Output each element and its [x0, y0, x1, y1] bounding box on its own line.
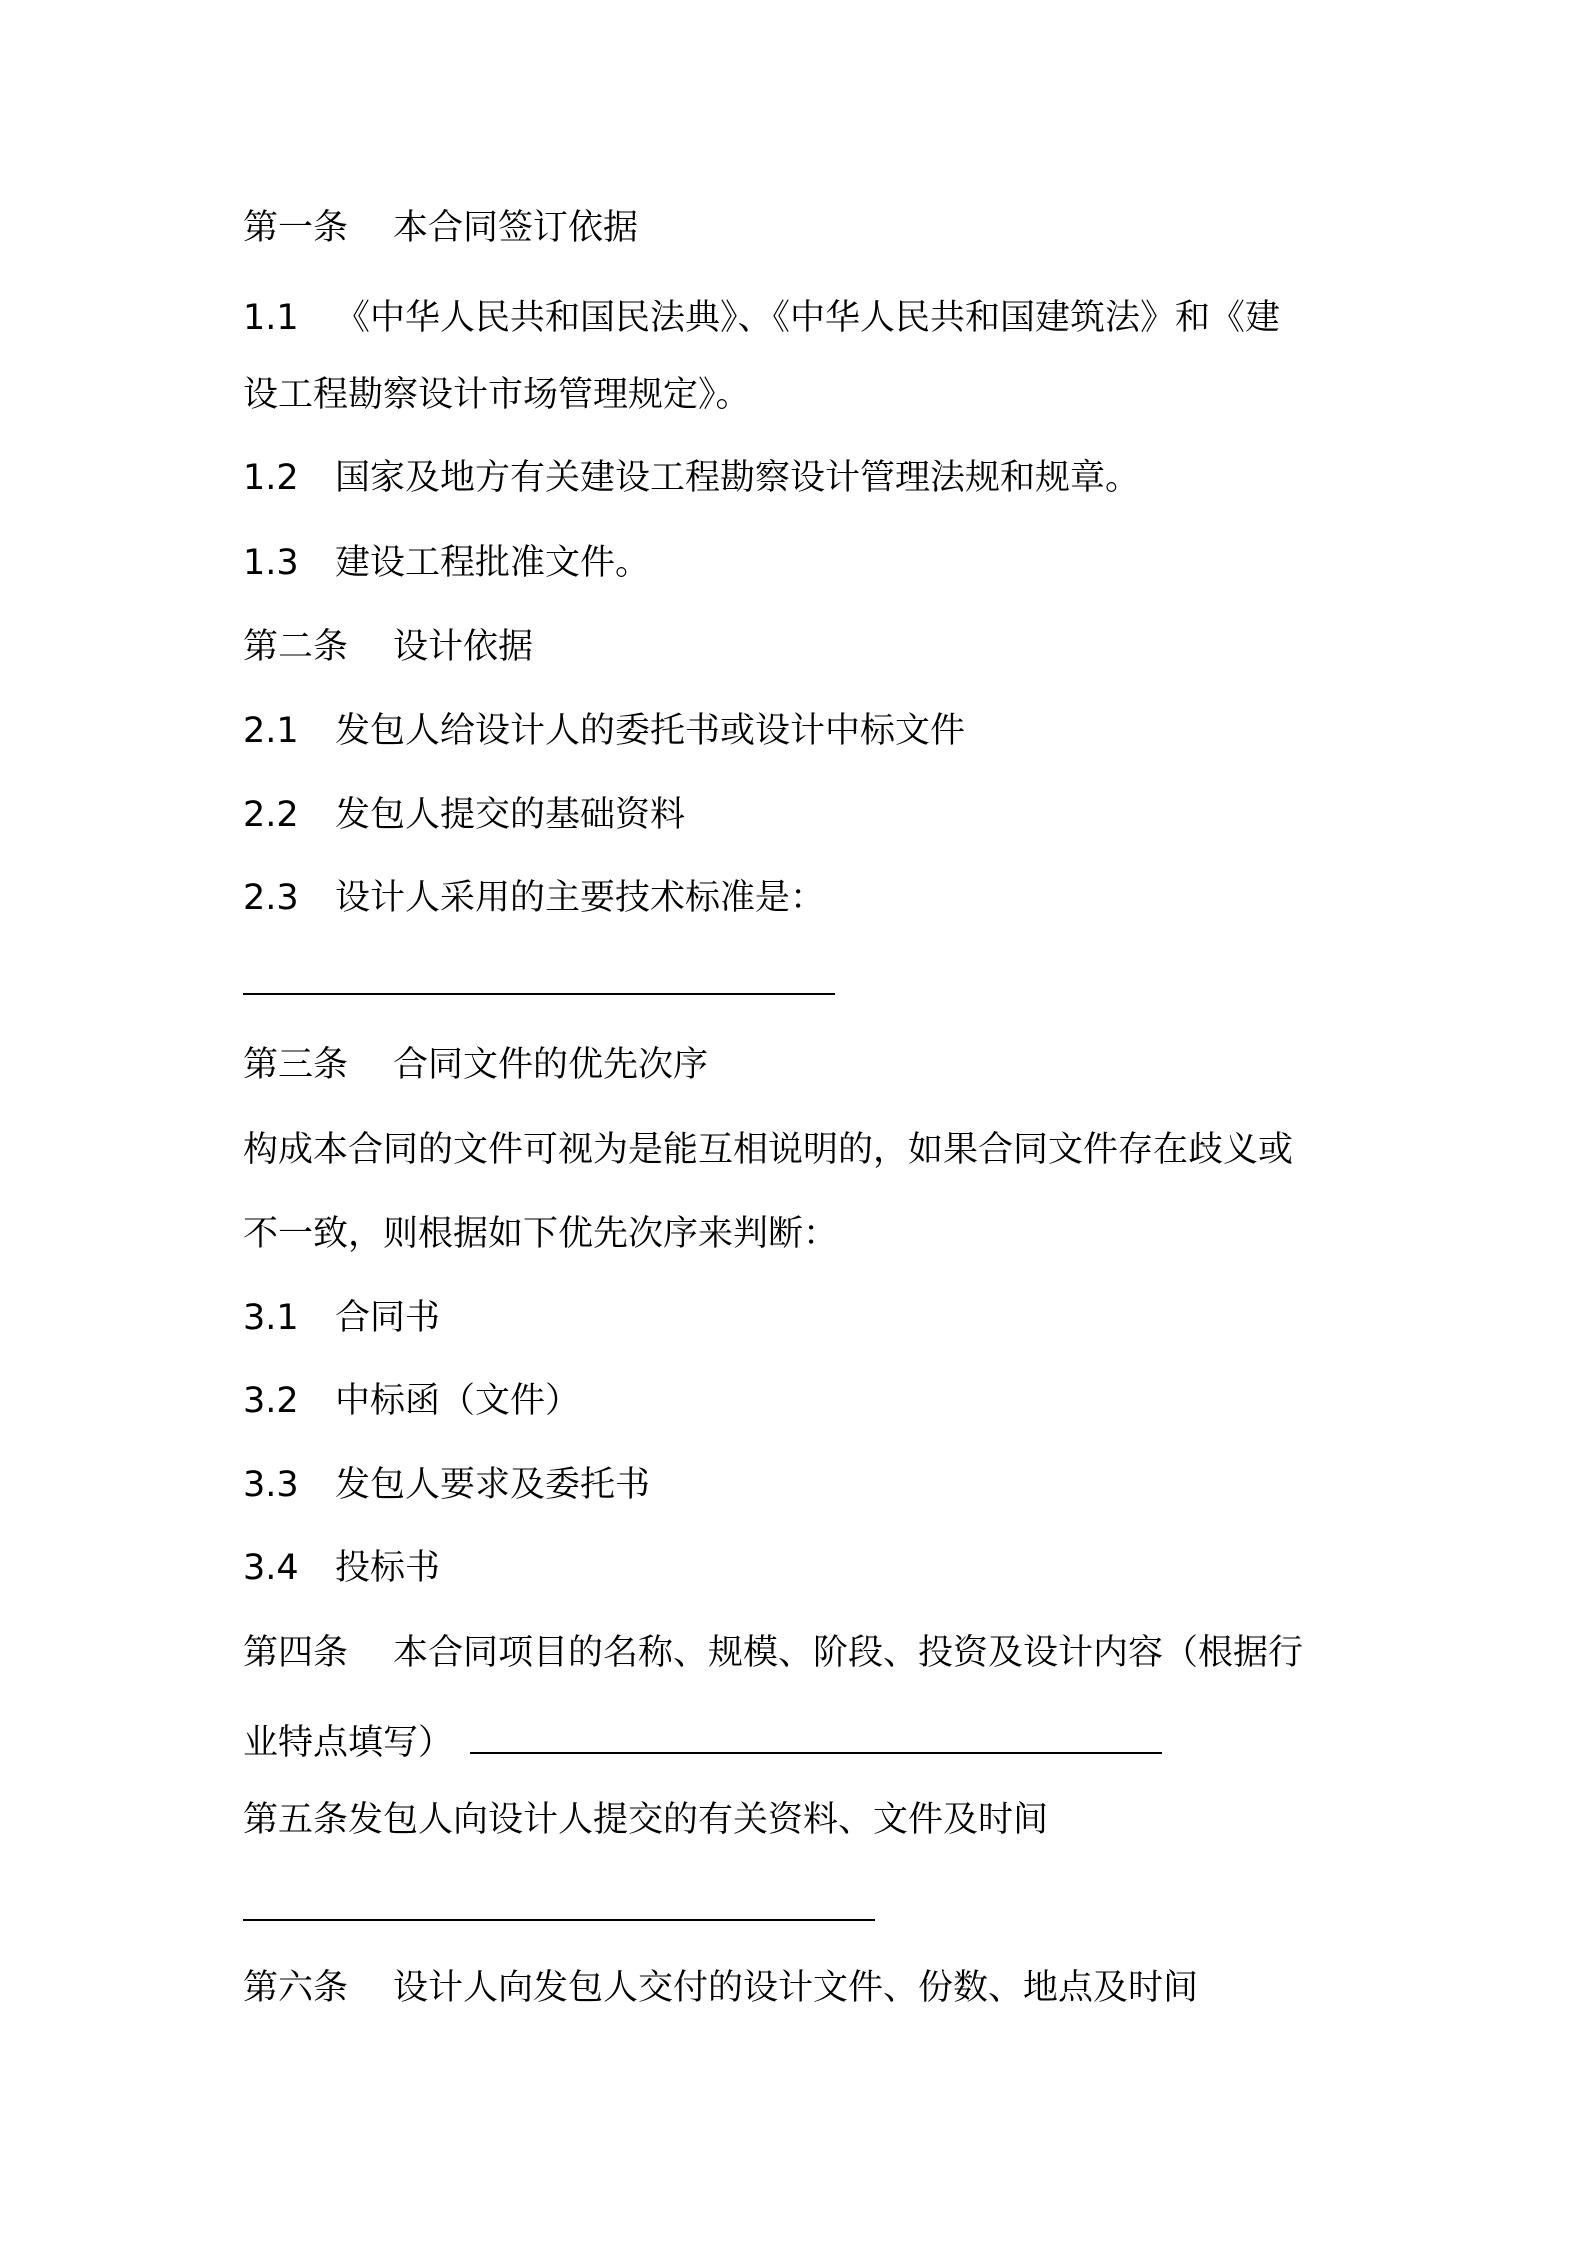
article-title: 设计人向发包人交付的设计文件、份数、地点及时间: [393, 1968, 1198, 2008]
clause-text: 国家及地方有关建设工程勘察设计管理法规和规章。: [335, 458, 1140, 498]
paragraph-text: 不一致，则根据如下优先次序来判断：: [243, 1214, 838, 1254]
clause-2-3: 2.3设计人采用的主要技术标准是：: [243, 876, 825, 920]
clause-number: 3.2: [243, 1379, 335, 1423]
article-label: 第一条: [243, 206, 393, 250]
clause-2-1: 2.1发包人给设计人的委托书或设计中标文件: [243, 709, 965, 753]
clause-2-2: 2.2发包人提交的基础资料: [243, 793, 685, 837]
clause-text: 中标函（文件）: [335, 1381, 580, 1421]
article-label: 第三条: [243, 1043, 393, 1087]
clause-number: 1.2: [243, 456, 335, 500]
clause-text: 投标书: [335, 1548, 440, 1588]
fill-in-blank-1[interactable]: [243, 962, 835, 1006]
article-title: 第五条发包人向设计人提交的有关资料、文件及时间: [243, 1800, 1048, 1840]
article-label: 第四条: [243, 1631, 393, 1675]
article-title: 本合同签订依据: [393, 208, 638, 248]
article-title: 业特点填写）: [243, 1723, 453, 1763]
article-title: 本合同项目的名称、规模、阶段、投资及设计内容（根据行: [393, 1633, 1303, 1673]
paragraph-text: 构成本合同的文件可视为是能互相说明的，如果合同文件存在歧义或: [243, 1130, 1293, 1170]
clause-1-1: 1.1《中华人民共和国民法典》、《中华人民共和国建筑法》和《建: [243, 296, 1280, 340]
paragraph-3a: 构成本合同的文件可视为是能互相说明的，如果合同文件存在歧义或: [243, 1128, 1293, 1172]
article-4-continued: 业特点填写）: [243, 1721, 1162, 1765]
blank-underline[interactable]: [243, 1889, 875, 1921]
article-2-heading: 第二条设计依据: [243, 625, 533, 669]
clause-text: 发包人提交的基础资料: [335, 795, 685, 835]
paragraph-3b: 不一致，则根据如下优先次序来判断：: [243, 1212, 838, 1256]
clause-text: 设工程勘察设计市场管理规定》。: [243, 375, 751, 415]
clause-text: 《中华人民共和国民法典》、《中华人民共和国建筑法》和《建: [335, 298, 1280, 338]
clause-number: 3.3: [243, 1463, 335, 1507]
blank-underline[interactable]: [470, 1722, 1162, 1754]
clause-3-2: 3.2中标函（文件）: [243, 1379, 580, 1423]
clause-number: 2.1: [243, 709, 335, 753]
article-label: 第六条: [243, 1966, 393, 2010]
article-5-heading: 第五条发包人向设计人提交的有关资料、文件及时间: [243, 1798, 1048, 1842]
clause-number: 3.4: [243, 1546, 335, 1590]
clause-text: 设计人采用的主要技术标准是：: [335, 878, 825, 918]
clause-3-1: 3.1合同书: [243, 1296, 440, 1340]
clause-number: 2.3: [243, 876, 335, 920]
article-label: 第二条: [243, 625, 393, 669]
article-6-heading: 第六条设计人向发包人交付的设计文件、份数、地点及时间: [243, 1966, 1198, 2010]
clause-number: 1.1: [243, 296, 335, 340]
article-title: 设计依据: [393, 627, 533, 667]
article-title: 合同文件的优先次序: [393, 1045, 708, 1085]
clause-text: 发包人要求及委托书: [335, 1465, 650, 1505]
article-1-heading: 第一条本合同签订依据: [243, 206, 638, 250]
clause-text: 发包人给设计人的委托书或设计中标文件: [335, 711, 965, 751]
clause-3-3: 3.3发包人要求及委托书: [243, 1463, 650, 1507]
clause-text: 建设工程批准文件。: [335, 543, 650, 583]
blank-underline[interactable]: [243, 963, 835, 995]
clause-number: 2.2: [243, 793, 335, 837]
clause-text: 合同书: [335, 1298, 440, 1338]
clause-1-2: 1.2国家及地方有关建设工程勘察设计管理法规和规章。: [243, 456, 1140, 500]
clause-3-4: 3.4投标书: [243, 1546, 440, 1590]
fill-in-blank-2[interactable]: [243, 1888, 875, 1932]
article-3-heading: 第三条合同文件的优先次序: [243, 1043, 708, 1087]
clause-number: 3.1: [243, 1296, 335, 1340]
clause-number: 1.3: [243, 541, 335, 585]
article-4-heading: 第四条本合同项目的名称、规模、阶段、投资及设计内容（根据行: [243, 1631, 1303, 1675]
clause-1-1-continued: 设工程勘察设计市场管理规定》。: [243, 373, 751, 417]
clause-1-3: 1.3建设工程批准文件。: [243, 541, 650, 585]
